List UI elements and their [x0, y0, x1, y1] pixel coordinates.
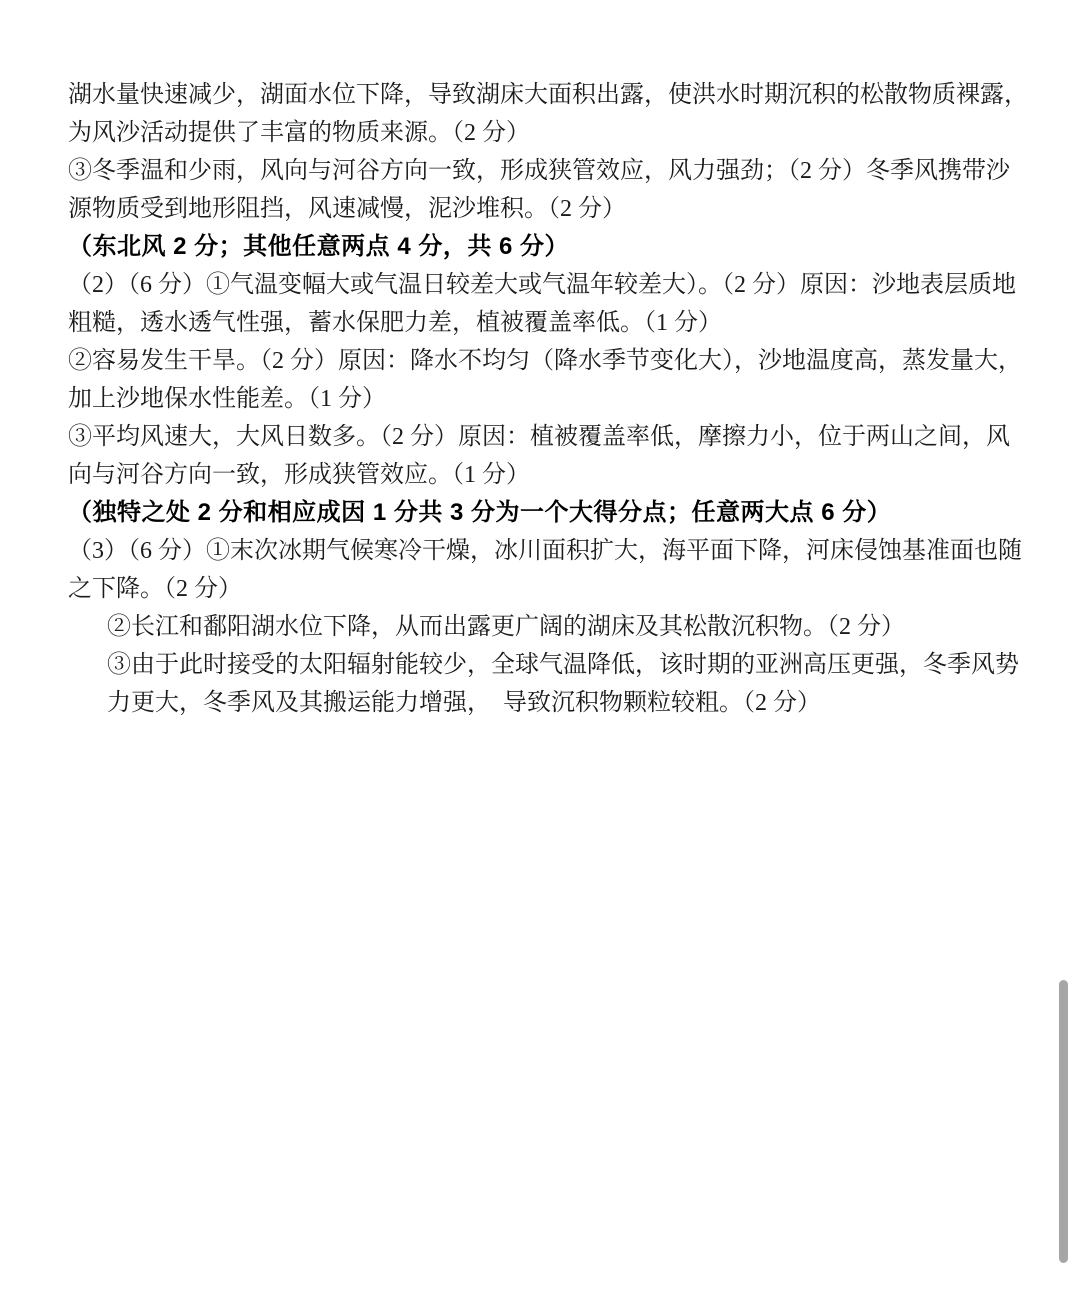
- answer-text: 湖水量快速减少，湖面水位下降，导致湖床大面积出露，使洪水时期沉积的松散物质裸露，…: [68, 76, 1028, 722]
- text-line: （2）（6 分）①气温变幅大或气温日较差大或气温年较差大）。（2 分）原因：沙地…: [68, 266, 1028, 304]
- text-line: （独特之处 2 分和相应成因 1 分共 3 分为一个大得分点；任意两大点 6 分…: [68, 494, 1028, 532]
- text-line: ③冬季温和少雨，风向与河谷方向一致，形成狭管效应，风力强劲；（2 分）冬季风携带…: [68, 152, 1028, 190]
- text-line: （3）（6 分）①末次冰期气候寒冷干燥，冰川面积扩大，海平面下降，河床侵蚀基准面…: [68, 532, 1028, 570]
- text-line: ②长江和鄱阳湖水位下降，从而出露更广阔的湖床及其松散沉积物。（2 分）: [68, 608, 1028, 646]
- text-line: 源物质受到地形阻挡，风速减慢，泥沙堆积。（2 分）: [68, 190, 1028, 228]
- text-line: ③平均风速大，大风日数多。（2 分）原因：植被覆盖率低，摩擦力小，位于两山之间，…: [68, 418, 1028, 456]
- text-line: 向与河谷方向一致，形成狭管效应。（1 分）: [68, 456, 1028, 494]
- text-line: 湖水量快速减少，湖面水位下降，导致湖床大面积出露，使洪水时期沉积的松散物质裸露，: [68, 76, 1028, 114]
- text-line: 粗糙，透水透气性强，蓄水保肥力差，植被覆盖率低。（1 分）: [68, 304, 1028, 342]
- text-line: ③由于此时接受的太阳辐射能较少，全球气温降低，该时期的亚洲高压更强，冬季风势: [68, 646, 1028, 684]
- text-line: 之下降。（2 分）: [68, 570, 1028, 608]
- vertical-scrollbar-thumb[interactable]: [1059, 980, 1068, 1263]
- text-line: 为风沙活动提供了丰富的物质来源。（2 分）: [68, 114, 1028, 152]
- text-line: 力更大，冬季风及其搬运能力增强， 导致沉积物颗粒较粗。（2 分）: [68, 684, 1028, 722]
- text-line: （东北风 2 分；其他任意两点 4 分，共 6 分）: [68, 228, 1028, 266]
- document-page: 湖水量快速减少，湖面水位下降，导致湖床大面积出露，使洪水时期沉积的松散物质裸露，…: [0, 0, 1080, 1302]
- text-line: ②容易发生干旱。（2 分）原因：降水不均匀（降水季节变化大），沙地温度高，蒸发量…: [68, 342, 1028, 380]
- text-line: 加上沙地保水性能差。（1 分）: [68, 380, 1028, 418]
